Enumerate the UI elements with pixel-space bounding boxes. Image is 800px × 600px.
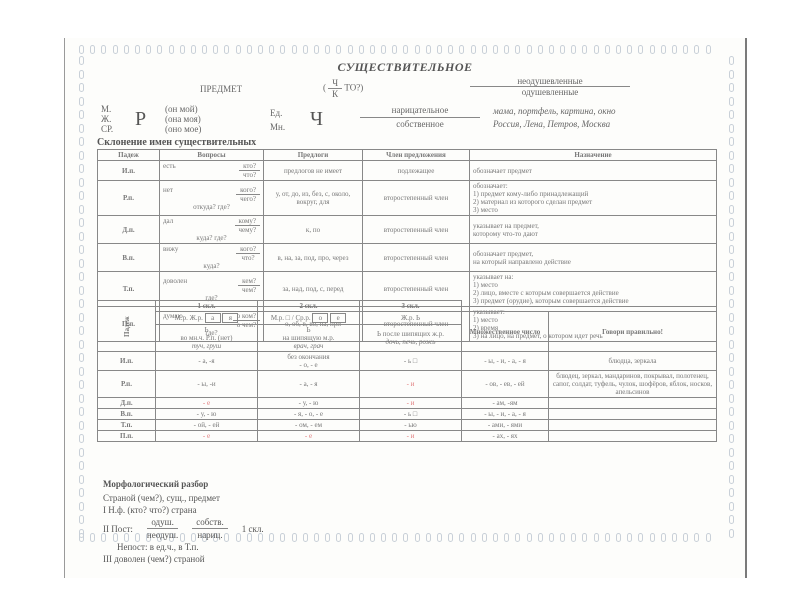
paperclip-icon bbox=[124, 45, 129, 54]
paperclip-icon bbox=[236, 45, 241, 54]
gender-cell: М.р. Ж.р. а я bbox=[156, 312, 258, 325]
prepositions-cell: в, на, за, под, про, через bbox=[264, 244, 363, 272]
paperclip-icon bbox=[527, 45, 532, 54]
column-header: Предлоги bbox=[264, 150, 363, 161]
case-header: Падеж bbox=[98, 301, 156, 352]
table-row: Р.п.неткого?чего?откуда? где?у, от, до, … bbox=[98, 181, 717, 216]
gender-cell: М.р. □ / Ср.р. о е bbox=[258, 312, 360, 325]
paperclip-icon bbox=[582, 45, 587, 54]
case-cell: Д.п. bbox=[98, 398, 156, 409]
paperclip-icon bbox=[79, 45, 84, 54]
sentence-member-cell: второстепенный член bbox=[363, 216, 470, 244]
paperclip-icon bbox=[729, 205, 734, 214]
paperclip-icon bbox=[79, 97, 84, 106]
case-cell: Р.п. bbox=[98, 181, 160, 216]
paperclip-icon bbox=[582, 533, 587, 542]
paperclip-icon bbox=[392, 45, 397, 54]
paperclip-icon bbox=[504, 533, 509, 542]
soft-sign-note-cell: Ьво мн.ч. Р.п. (нет)туч, груш bbox=[156, 325, 258, 352]
paperclip-icon bbox=[672, 533, 677, 542]
paperclip-icon bbox=[79, 488, 84, 497]
paperclip-icon bbox=[729, 367, 734, 376]
ending-cell: - у, - ю bbox=[156, 409, 258, 420]
paperclip-icon bbox=[729, 191, 734, 200]
paperclip-icon bbox=[79, 340, 84, 349]
paperclip-icon bbox=[79, 461, 84, 470]
paperclip-icon bbox=[258, 45, 263, 54]
paperclip-icon bbox=[515, 533, 520, 542]
column-header: Вопросы bbox=[160, 150, 264, 161]
paperclip-icon bbox=[729, 83, 734, 92]
ending-cell: - е bbox=[156, 431, 258, 442]
paperclip-icon bbox=[627, 533, 632, 542]
paperclip-icon bbox=[303, 533, 308, 542]
paperclip-icon bbox=[169, 45, 174, 54]
plural-cell: - ами, - ями bbox=[462, 420, 549, 431]
paperclip-icon bbox=[180, 45, 185, 54]
paperclip-icon bbox=[471, 533, 476, 542]
case-cell: В.п. bbox=[98, 244, 160, 272]
predmet-label: ПРЕДМЕТ bbox=[200, 84, 242, 94]
correct-cell bbox=[549, 409, 717, 420]
paperclip-icon bbox=[79, 434, 84, 443]
paperclip-icon bbox=[729, 448, 734, 457]
paperclip-icon bbox=[269, 45, 274, 54]
prepositions-cell: у, от, до, из, без, с, около, вокруг, дл… bbox=[264, 181, 363, 216]
paperclip-icon bbox=[571, 45, 576, 54]
ending-cell: - ью bbox=[360, 420, 462, 431]
paperclip-icon bbox=[515, 45, 520, 54]
paperclip-icon bbox=[101, 45, 106, 54]
paperclip-icon bbox=[471, 45, 476, 54]
paperclip-icon bbox=[348, 45, 353, 54]
questions-cell: далкому?чему?куда? где? bbox=[160, 216, 264, 244]
paperclip-icon bbox=[627, 45, 632, 54]
paperclip-icon bbox=[459, 533, 464, 542]
ending-cell: - и bbox=[360, 398, 462, 409]
paperclip-icon bbox=[79, 475, 84, 484]
paperclip-icon bbox=[650, 533, 655, 542]
plural-cell: - ы, - и, - а, - я bbox=[462, 352, 549, 371]
paperclip-icon bbox=[605, 533, 610, 542]
gender-examples: (он мой) (она моя) (оно мое) bbox=[165, 104, 201, 134]
paperclip-icon bbox=[79, 232, 84, 241]
paperclip-icon bbox=[79, 205, 84, 214]
paperclip-icon bbox=[426, 45, 431, 54]
paperclip-icon bbox=[79, 110, 84, 119]
paperclip-icon bbox=[694, 533, 699, 542]
paperclip-icon bbox=[729, 245, 734, 254]
paperclip-icon bbox=[729, 488, 734, 497]
paperclip-icon bbox=[683, 45, 688, 54]
gender-letter: Р bbox=[135, 108, 146, 131]
case-cell: И.п. bbox=[98, 161, 160, 181]
plural-cell: - ов, - ев, - ей bbox=[462, 371, 549, 398]
paperclip-icon bbox=[381, 45, 386, 54]
paperclip-icon bbox=[303, 45, 308, 54]
number-letter: Ч bbox=[310, 108, 323, 131]
paperclip-border-left bbox=[79, 56, 84, 538]
paperclip-icon bbox=[79, 353, 84, 362]
paperclip-icon bbox=[706, 533, 711, 542]
paperclip-icon bbox=[729, 529, 734, 538]
ending-cell: - ой, - ей bbox=[156, 420, 258, 431]
plural-cell: - ам, -ям bbox=[462, 398, 549, 409]
ending-cell: - ь □ bbox=[360, 352, 462, 371]
question-fraction: ЧК bbox=[328, 78, 342, 99]
paperclip-icon bbox=[113, 45, 118, 54]
paperclip-icon bbox=[415, 533, 420, 542]
page-title: СУЩЕСТВИТЕЛЬНОЕ bbox=[65, 60, 745, 75]
table-row: В.п.вижукого?что?куда?в, на, за, под, пр… bbox=[98, 244, 717, 272]
paperclip-icon bbox=[571, 533, 576, 542]
paperclip-icon bbox=[549, 45, 554, 54]
paperclip-icon bbox=[448, 45, 453, 54]
paperclip-icon bbox=[729, 286, 734, 295]
paperclip-icon bbox=[729, 272, 734, 281]
paperclip-icon bbox=[729, 461, 734, 470]
column-header: Назначение bbox=[470, 150, 717, 161]
correct-cell: блюдца, зеркала bbox=[549, 352, 717, 371]
paperclip-icon bbox=[280, 533, 285, 542]
case-cell: П.п. bbox=[98, 431, 156, 442]
sentence-member-cell: второстепенный член bbox=[363, 244, 470, 272]
paperclip-icon bbox=[729, 218, 734, 227]
paperclip-icon bbox=[79, 137, 84, 146]
document-page: СУЩЕСТВИТЕЛЬНОЕ ПРЕДМЕТ ( ЧК ТО?) неодуш… bbox=[64, 38, 747, 578]
gender-cell: Ж.р. Ь bbox=[360, 312, 462, 325]
morph-title: Морфологический разбор bbox=[103, 478, 264, 490]
paperclip-icon bbox=[650, 45, 655, 54]
table-row: Д.п.- е- у, - ю- и- ам, -ям bbox=[98, 398, 717, 409]
meaning-cell: обозначает предмет, на который направлен… bbox=[470, 244, 717, 272]
paperclip-icon bbox=[729, 110, 734, 119]
case-cell: Р.п. bbox=[98, 371, 156, 398]
ending-cell: - а, -я bbox=[156, 352, 258, 371]
paperclip-icon bbox=[729, 380, 734, 389]
correct-cell bbox=[549, 431, 717, 442]
paperclip-icon bbox=[79, 380, 84, 389]
paperclip-icon bbox=[504, 45, 509, 54]
paperclip-icon bbox=[79, 218, 84, 227]
paperclip-icon bbox=[157, 45, 162, 54]
paperclip-icon bbox=[336, 45, 341, 54]
paperclip-icon bbox=[370, 45, 375, 54]
paperclip-icon bbox=[638, 45, 643, 54]
paperclip-icon bbox=[79, 515, 84, 524]
noun-type-fraction: нарицательное собственное bbox=[360, 104, 480, 131]
case-cell: И.п. bbox=[98, 352, 156, 371]
morphological-analysis: Морфологический разбор Страной (чем?), с… bbox=[103, 478, 264, 565]
plural-cell: - ах, - ях bbox=[462, 431, 549, 442]
paperclip-icon bbox=[348, 533, 353, 542]
gender-list: М. Ж. СР. bbox=[101, 104, 113, 134]
sentence-member-cell: подлежащее bbox=[363, 161, 470, 181]
paperclip-icon bbox=[594, 533, 599, 542]
paperclip-icon bbox=[729, 259, 734, 268]
paperclip-border-top bbox=[79, 45, 711, 54]
paperclip-icon bbox=[729, 137, 734, 146]
paperclip-icon bbox=[493, 45, 498, 54]
paperclip-icon bbox=[493, 533, 498, 542]
ending-cell: - е bbox=[258, 431, 360, 442]
paperclip-icon bbox=[79, 533, 84, 542]
paperclip-icon bbox=[729, 434, 734, 443]
table-row: Т.п.- ой, - ей- ом, - ем- ью- ами, - ями bbox=[98, 420, 717, 431]
table-row: Р.п.- ы, -и- а, - я- и- ов, - ев, - ейбл… bbox=[98, 371, 717, 398]
paperclip-icon bbox=[325, 45, 330, 54]
noun-examples: мама, портфель, картина, окно Россия, Ле… bbox=[493, 105, 616, 131]
animacy-fraction: неодушевленные одушевленные bbox=[470, 76, 630, 97]
soft-sign-note-cell: Ьна шипящую м.р.врач, грач bbox=[258, 325, 360, 352]
paperclip-icon bbox=[729, 151, 734, 160]
paperclip-icon bbox=[79, 286, 84, 295]
correct-cell: блюдец, зеркал, мандаринов, покрывал, по… bbox=[549, 371, 717, 398]
paperclip-icon bbox=[549, 533, 554, 542]
sentence-member-cell: второстепенный член bbox=[363, 181, 470, 216]
ending-cell: - ом, - ем bbox=[258, 420, 360, 431]
paperclip-icon bbox=[729, 313, 734, 322]
paperclip-icon bbox=[79, 83, 84, 92]
soft-sign-note-cell: Ь после шипящих ж.р.дочь, печь, рожь bbox=[360, 325, 462, 352]
paperclip-icon bbox=[694, 45, 699, 54]
paperclip-icon bbox=[79, 326, 84, 335]
ending-box: о bbox=[312, 313, 328, 323]
paperclip-icon bbox=[79, 178, 84, 187]
table-row: В.п.- у, - ю- я, - о, - е- ь □- ы, - и, … bbox=[98, 409, 717, 420]
column-header: Член предложения bbox=[363, 150, 470, 161]
declension-header: 3 скл. bbox=[360, 301, 462, 312]
paperclip-icon bbox=[146, 45, 151, 54]
paperclip-icon bbox=[191, 45, 196, 54]
correct-cell bbox=[549, 420, 717, 431]
paperclip-icon bbox=[415, 45, 420, 54]
paperclip-icon bbox=[538, 533, 543, 542]
table-row: Д.п.далкому?чему?куда? где?к, повторосте… bbox=[98, 216, 717, 244]
morph-line3: II Пост: одуш.неодуш. собств.нариц. 1 ск… bbox=[103, 516, 264, 541]
paperclip-icon bbox=[224, 45, 229, 54]
paperclip-icon bbox=[79, 407, 84, 416]
paperclip-icon bbox=[459, 45, 464, 54]
ending-cell: - и bbox=[360, 371, 462, 398]
paperclip-icon bbox=[729, 164, 734, 173]
paperclip-icon bbox=[381, 533, 386, 542]
question-formula: ( ЧК ТО?) bbox=[323, 78, 363, 99]
paperclip-icon bbox=[79, 299, 84, 308]
paperclip-icon bbox=[437, 45, 442, 54]
paperclip-icon bbox=[605, 45, 610, 54]
paperclip-icon bbox=[661, 533, 666, 542]
paperclip-icon bbox=[79, 259, 84, 268]
questions-cell: неткого?чего?откуда? где? bbox=[160, 181, 264, 216]
correct-cell bbox=[549, 398, 717, 409]
paperclip-icon bbox=[202, 45, 207, 54]
paperclip-icon bbox=[729, 421, 734, 430]
paperclip-icon bbox=[482, 45, 487, 54]
number-list: Ед. Мн. bbox=[270, 106, 285, 134]
paperclip-icon bbox=[314, 45, 319, 54]
paperclip-icon bbox=[729, 340, 734, 349]
paperclip-icon bbox=[90, 533, 95, 542]
paperclip-border-right bbox=[729, 56, 734, 538]
paperclip-icon bbox=[448, 533, 453, 542]
paperclip-icon bbox=[325, 533, 330, 542]
paperclip-icon bbox=[729, 232, 734, 241]
paperclip-icon bbox=[683, 533, 688, 542]
paperclip-icon bbox=[370, 533, 375, 542]
correct-header: Говори правильно! bbox=[549, 312, 717, 352]
endings-table: Падеж1 скл.2 скл.3 скл.М.р. Ж.р. а яМ.р.… bbox=[97, 300, 717, 442]
paperclip-icon bbox=[79, 421, 84, 430]
paperclip-icon bbox=[560, 45, 565, 54]
ending-cell: - а, - я bbox=[258, 371, 360, 398]
paperclip-icon bbox=[403, 533, 408, 542]
paperclip-icon bbox=[392, 533, 397, 542]
paperclip-icon bbox=[616, 533, 621, 542]
paperclip-icon bbox=[729, 502, 734, 511]
paperclip-icon bbox=[79, 394, 84, 403]
paperclip-icon bbox=[616, 45, 621, 54]
paperclip-icon bbox=[729, 353, 734, 362]
ending-cell: - и bbox=[360, 431, 462, 442]
paperclip-icon bbox=[729, 299, 734, 308]
ending-cell: - я, - о, - е bbox=[258, 409, 360, 420]
table-row: П.п.- е- е- и- ах, - ях bbox=[98, 431, 717, 442]
table-row: Падеж1 скл.2 скл.3 скл. bbox=[98, 301, 717, 312]
paperclip-icon bbox=[90, 45, 95, 54]
paperclip-icon bbox=[79, 367, 84, 376]
paperclip-icon bbox=[79, 151, 84, 160]
questions-cell: вижукого?что?куда? bbox=[160, 244, 264, 272]
declension-header: 1 скл. bbox=[156, 301, 258, 312]
ending-box: е bbox=[330, 313, 346, 323]
paperclip-icon bbox=[729, 97, 734, 106]
paperclip-icon bbox=[729, 407, 734, 416]
table-row: И.п.естькто?что?предлогов не имеетподлеж… bbox=[98, 161, 717, 181]
case-cell: Д.п. bbox=[98, 216, 160, 244]
ending-box: я bbox=[222, 313, 238, 323]
plural-cell: - ы, - и, - а, - я bbox=[462, 409, 549, 420]
paperclip-icon bbox=[79, 272, 84, 281]
paperclip-icon bbox=[729, 178, 734, 187]
paperclip-icon bbox=[594, 45, 599, 54]
paperclip-icon bbox=[403, 45, 408, 54]
paperclip-icon bbox=[672, 45, 677, 54]
declension-section-title: Склонение имен существительных bbox=[97, 137, 256, 148]
ending-box: а bbox=[205, 313, 221, 323]
paperclip-icon bbox=[79, 164, 84, 173]
paperclip-icon bbox=[79, 245, 84, 254]
paperclip-icon bbox=[213, 45, 218, 54]
meaning-cell: обозначает: 1) предмет кому-либо принадл… bbox=[470, 181, 717, 216]
paperclip-icon bbox=[437, 533, 442, 542]
paperclip-icon bbox=[638, 533, 643, 542]
meaning-cell: обозначает предмет bbox=[470, 161, 717, 181]
ending-cell: - ы, -и bbox=[156, 371, 258, 398]
paperclip-icon bbox=[729, 326, 734, 335]
meaning-cell: указывает на предмет, которому что-то да… bbox=[470, 216, 717, 244]
plural-header: Множественное число bbox=[462, 312, 549, 352]
table-row: М.р. Ж.р. а яМ.р. □ / Ср.р. о еЖ.р. ЬМно… bbox=[98, 312, 717, 325]
paperclip-icon bbox=[706, 45, 711, 54]
ending-cell: без окончания - о, - е bbox=[258, 352, 360, 371]
paperclip-icon bbox=[79, 124, 84, 133]
paperclip-icon bbox=[426, 533, 431, 542]
paperclip-icon bbox=[538, 45, 543, 54]
paperclip-icon bbox=[527, 533, 532, 542]
paperclip-icon bbox=[661, 45, 666, 54]
ending-cell: - у, - ю bbox=[258, 398, 360, 409]
paperclip-icon bbox=[79, 191, 84, 200]
table-row: И.п.- а, -ябез окончания - о, - е- ь □- … bbox=[98, 352, 717, 371]
paperclip-icon bbox=[292, 533, 297, 542]
paperclip-icon bbox=[729, 475, 734, 484]
paperclip-icon bbox=[359, 45, 364, 54]
paperclip-icon bbox=[729, 394, 734, 403]
paperclip-icon bbox=[336, 533, 341, 542]
prepositions-cell: к, по bbox=[264, 216, 363, 244]
paperclip-icon bbox=[359, 533, 364, 542]
paperclip-icon bbox=[729, 515, 734, 524]
declension-header: 2 скл. bbox=[258, 301, 360, 312]
paperclip-icon bbox=[482, 533, 487, 542]
paperclip-icon bbox=[729, 124, 734, 133]
paperclip-icon bbox=[79, 313, 84, 322]
prepositions-cell: предлогов не имеет bbox=[264, 161, 363, 181]
paperclip-icon bbox=[280, 45, 285, 54]
paperclip-icon bbox=[560, 533, 565, 542]
paperclip-icon bbox=[314, 533, 319, 542]
ending-cell: - ь □ bbox=[360, 409, 462, 420]
paperclip-icon bbox=[79, 502, 84, 511]
ending-cell: - е bbox=[156, 398, 258, 409]
case-cell: В.п. bbox=[98, 409, 156, 420]
paperclip-icon bbox=[292, 45, 297, 54]
paperclip-icon bbox=[247, 45, 252, 54]
questions-cell: естькто?что? bbox=[160, 161, 264, 181]
column-header: Падеж bbox=[98, 150, 160, 161]
case-cell: Т.п. bbox=[98, 420, 156, 431]
paperclip-icon bbox=[269, 533, 274, 542]
paperclip-icon bbox=[135, 45, 140, 54]
paperclip-icon bbox=[79, 448, 84, 457]
